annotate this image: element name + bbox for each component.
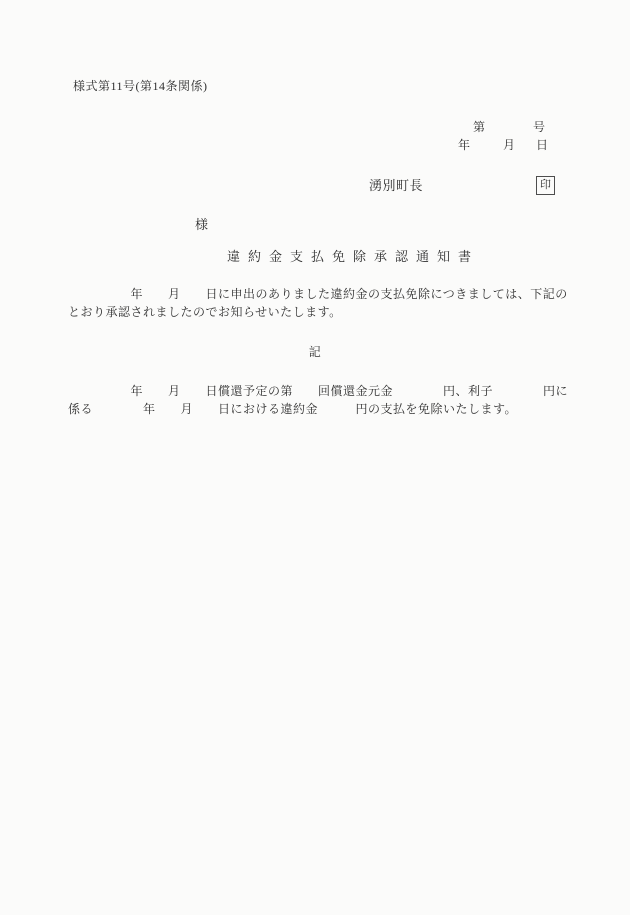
body-paragraph2-line2: 係る 年 月 日における違約金 円の支払を免除いたします。	[68, 402, 517, 417]
doc-number-suffix: 号	[533, 120, 546, 135]
date-year-label: 年	[458, 138, 471, 153]
sender-mayor-title: 湧別町長	[369, 178, 423, 193]
seal-mark: 印	[540, 180, 551, 191]
ki-marker: 記	[0, 345, 630, 360]
seal-box: 印	[536, 176, 555, 195]
body-paragraph1-line1: 年 月 日に申出のありました違約金の支払免除につきましては、下記の	[68, 287, 568, 302]
document-title: 違約金支払免除承認通知書	[227, 249, 479, 264]
document-page: 様式第11号(第14条関係) 第 号 年 月 日 湧別町長 印 様 違約金支払免…	[0, 0, 630, 915]
body-paragraph2-line1: 年 月 日償還予定の第 回償還金元金 円、利子 円に	[68, 384, 568, 399]
body-paragraph1-line2: とおり承認されましたのでお知らせいたします。	[68, 305, 342, 320]
recipient-sama-label: 様	[195, 217, 209, 232]
date-month-label: 月	[503, 138, 516, 153]
doc-number-prefix: 第	[473, 120, 486, 135]
form-number: 様式第11号(第14条関係)	[73, 79, 208, 94]
date-day-label: 日	[536, 138, 549, 153]
